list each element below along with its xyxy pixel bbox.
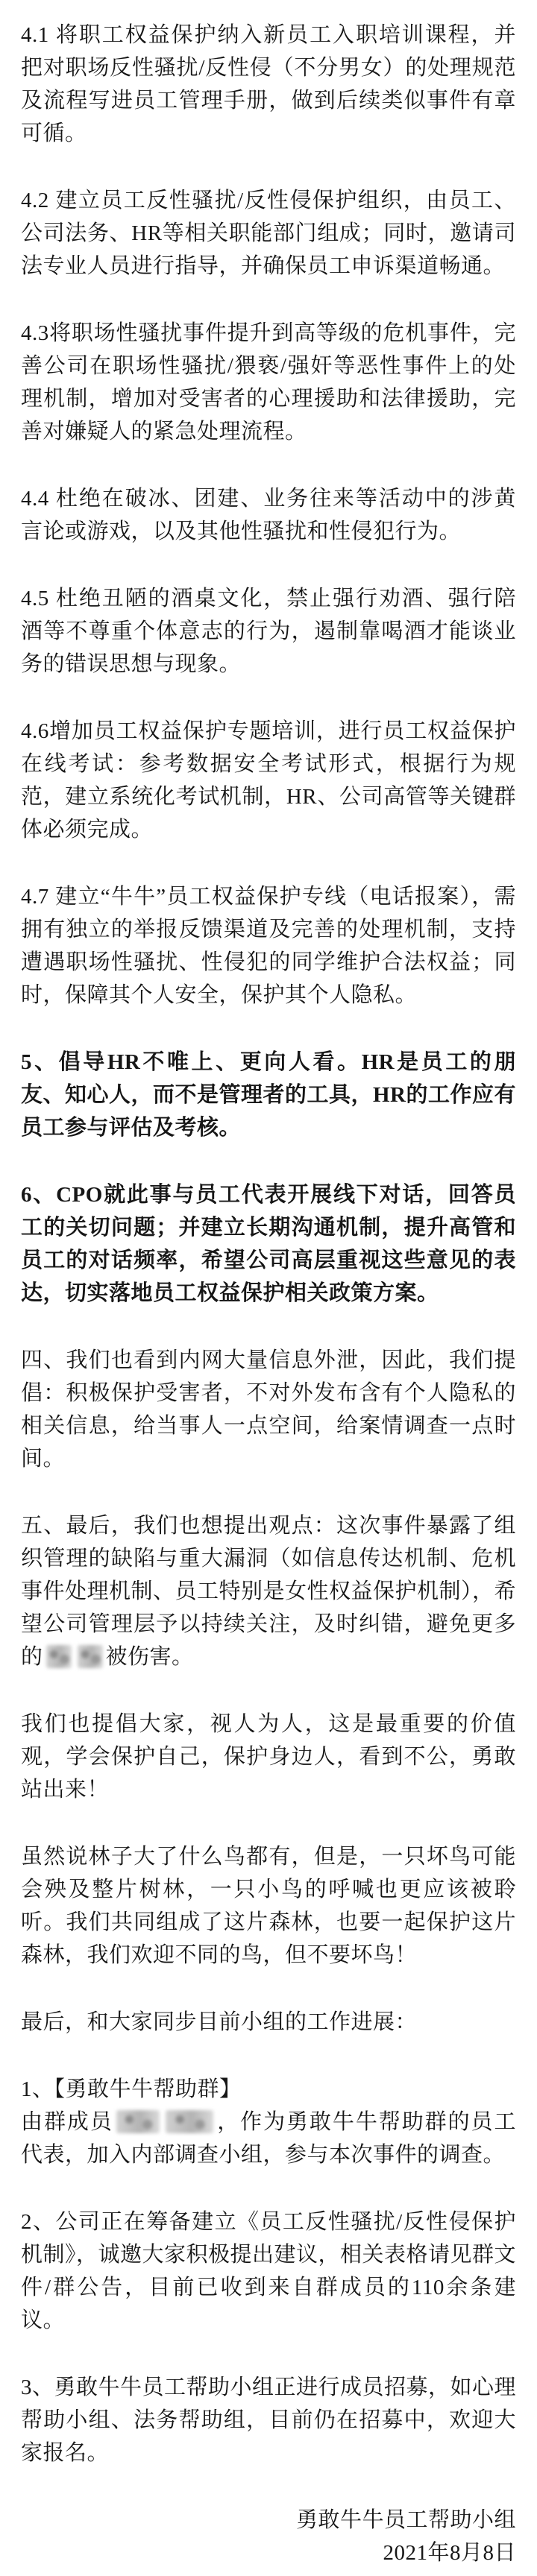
para-4-1-text: 4.1 将职工权益保护纳入新员工入职培训课程，并把对职场反性骚扰/反性侵（不分男… <box>21 23 516 145</box>
para-4-7-text: 4.7 建立“牛牛”员工权益保护专线（电话报案），需拥有独立的举报反馈渠道及完善… <box>21 885 516 1007</box>
para-progress-1-text: 由群成员 <box>21 2110 113 2134</box>
para-progress-intro: 最后，和大家同步目前小组的工作进展： <box>21 2006 516 2039</box>
para-values-text: 我们也提倡大家，视人为人，这是最重要的价值观，学会保护自己，保护身边人，看到不公… <box>21 1712 516 1802</box>
para-values: 我们也提倡大家，视人为人，这是最重要的价值观，学会保护自己，保护身边人，看到不公… <box>21 1708 516 1806</box>
para-progress-1-text: 1、【勇敢牛牛帮助群】 <box>21 2077 242 2101</box>
para-forest: 虽然说林子大了什么鸟都有，但是，一只坏鸟可能会殃及整片树林，一只小鸟的呼喊也更应… <box>21 1840 516 1972</box>
redacted-text <box>166 2110 213 2133</box>
para-4-6-text: 4.6增加员工权益保护专题培训，进行员工权益保护在线考试：参考数据安全考试形式，… <box>21 719 516 842</box>
para-section-4-text: 四、我们也看到内网大量信息外泄，因此，我们提倡：积极保护受害者，不对外发布含有个… <box>21 1348 516 1471</box>
para-4-3-text: 4.3将职场性骚扰事件提升到高等级的危机事件，完善公司在职场性骚扰/猥亵/强奸等… <box>21 321 516 443</box>
para-4-2-text: 4.2 建立员工反性骚扰/反性侵保护组织，由员工、公司法务、HR等相关职能部门组… <box>21 189 516 278</box>
para-section-5-text: 被伤害。 <box>106 1645 194 1669</box>
signature: 勇敢牛牛员工帮助小组2021年8月8日 <box>21 2504 516 2569</box>
para-progress-3: 3、勇敢牛牛员工帮助小组正进行成员招募，如心理帮助小组、法务帮助组，目前仍在招募… <box>21 2371 516 2469</box>
para-progress-3-text: 3、勇敢牛牛员工帮助小组正进行成员招募，如心理帮助小组、法务帮助组，目前仍在招募… <box>21 2375 516 2465</box>
signature-text: 2021年8月8日 <box>383 2541 516 2565</box>
para-4-3: 4.3将职场性骚扰事件提升到高等级的危机事件，完善公司在职场性骚扰/猥亵/强奸等… <box>21 317 516 448</box>
para-5: 5、倡导HR不唯上、更向人看。HR是员工的朋友、知心人，而不是管理者的工具，HR… <box>21 1046 516 1144</box>
para-4-4: 4.4 杜绝在破冰、团建、业务往来等活动中的涉黄言论或游戏，以及其他性骚扰和性侵… <box>21 482 516 548</box>
para-4-5: 4.5 杜绝丑陋的酒桌文化，禁止强行劝酒、强行陪酒等不尊重个体意志的行为，遏制靠… <box>21 582 516 681</box>
para-progress-1: 1、【勇敢牛牛帮助群】由群成员，作为勇敢牛牛帮助群的员工代表，加入内部调查小组，… <box>21 2073 516 2171</box>
para-forest-text: 虽然说林子大了什么鸟都有，但是，一只坏鸟可能会殃及整片树林，一只小鸟的呼喊也更应… <box>21 1845 516 1967</box>
para-4-2: 4.2 建立员工反性骚扰/反性侵保护组织，由员工、公司法务、HR等相关职能部门组… <box>21 184 516 282</box>
para-4-5-text: 4.5 杜绝丑陋的酒桌文化，禁止强行劝酒、强行陪酒等不尊重个体意志的行为，遏制靠… <box>21 587 516 676</box>
redacted-text <box>116 2110 160 2133</box>
para-4-4-text: 4.4 杜绝在破冰、团建、业务往来等活动中的涉黄言论或游戏，以及其他性骚扰和性侵… <box>21 487 516 543</box>
para-5-text: 5、倡导HR不唯上、更向人看。HR是员工的朋友、知心人，而不是管理者的工具，HR… <box>21 1050 516 1140</box>
para-section-5: 五、最后，我们也想提出观点：这次事件暴露了组织管理的缺陷与重大漏洞（如信息传达机… <box>21 1509 516 1673</box>
para-progress-intro-text: 最后，和大家同步目前小组的工作进展： <box>21 2010 417 2034</box>
para-6: 6、CPO就此事与员工代表开展线下对话，回答员工的关切问题；并建立长期沟通机制，… <box>21 1178 516 1310</box>
para-4-6: 4.6增加员工权益保护专题培训，进行员工权益保护在线考试：参考数据安全考试形式，… <box>21 715 516 846</box>
statement-document: 4.1 将职工权益保护纳入新员工入职培训课程，并把对职场反性骚扰/反性侵（不分男… <box>0 0 537 2576</box>
para-progress-2: 2、公司正在筹备建立《员工反性骚扰/反性侵保护机制》，诚邀大家积极提出建议，相关… <box>21 2206 516 2337</box>
para-progress-2-text: 2、公司正在筹备建立《员工反性骚扰/反性侵保护机制》，诚邀大家积极提出建议，相关… <box>21 2210 516 2332</box>
redacted-text <box>46 1645 72 1668</box>
para-section-4: 四、我们也看到内网大量信息外泄，因此，我们提倡：积极保护受害者，不对外发布含有个… <box>21 1344 516 1475</box>
para-4-7: 4.7 建立“牛牛”员工权益保护专线（电话报案），需拥有独立的举报反馈渠道及完善… <box>21 880 516 1011</box>
para-6-text: 6、CPO就此事与员工代表开展线下对话，回答员工的关切问题；并建立长期沟通机制，… <box>21 1183 516 1305</box>
para-4-1: 4.1 将职工权益保护纳入新员工入职培训课程，并把对职场反性骚扰/反性侵（不分男… <box>21 19 516 150</box>
signature-text: 勇敢牛牛员工帮助小组 <box>296 2508 516 2532</box>
redacted-text <box>78 1645 103 1668</box>
